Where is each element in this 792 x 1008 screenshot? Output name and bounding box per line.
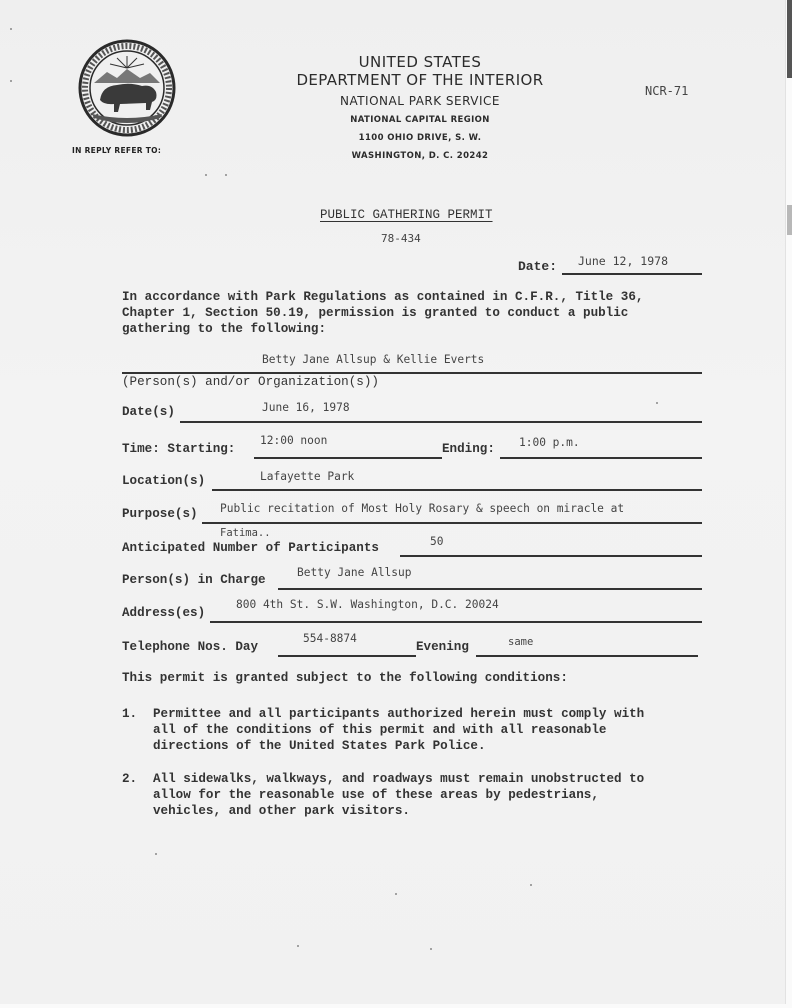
letterhead-line: DEPARTMENT OF THE INTERIOR [270, 71, 570, 90]
phone-evening-value: same [508, 636, 533, 648]
condition-number: 2. [122, 771, 137, 787]
purpose-value-line1: Public recitation of Most Holy Rosary & … [220, 502, 624, 515]
dates-line [180, 421, 702, 423]
scan-speck [656, 402, 658, 404]
persons-value: Betty Jane Allsup & Kellie Everts [262, 353, 484, 366]
time-starting-value: 12:00 noon [260, 434, 327, 447]
phone-day-line [278, 655, 416, 657]
time-ending-label: Ending: [442, 442, 495, 456]
form-code: NCR-71 [645, 84, 688, 98]
letterhead-line: 1100 OHIO DRIVE, S. W. [270, 129, 570, 147]
scan-speck [205, 174, 207, 176]
letterhead: UNITED STATES DEPARTMENT OF THE INTERIOR… [270, 53, 570, 165]
participants-line [400, 555, 702, 557]
phone-day-label: Telephone Nos. Day [122, 640, 258, 654]
scan-speck [530, 884, 532, 886]
purpose-value-line2: Fatima.. [220, 527, 271, 539]
permit-number: 78-434 [381, 232, 421, 245]
scan-speck [10, 28, 12, 30]
scan-edge-mark [787, 205, 792, 235]
letterhead-line: UNITED STATES [270, 53, 570, 71]
letterhead-line: WASHINGTON, D. C. 20242 [270, 147, 570, 165]
in-charge-label: Person(s) in Charge [122, 573, 266, 587]
dates-label: Date(s) [122, 405, 175, 419]
conditions-intro: This permit is granted subject to the fo… [122, 671, 568, 685]
location-label: Location(s) [122, 474, 205, 488]
address-value: 800 4th St. S.W. Washington, D.C. 20024 [236, 598, 499, 611]
scan-speck [155, 853, 157, 855]
scan-speck [10, 80, 12, 82]
condition-text: All sidewalks, walkways, and roadways mu… [153, 771, 644, 819]
dates-value: June 16, 1978 [262, 401, 350, 414]
purpose-label: Purpose(s) [122, 507, 198, 521]
time-starting-line [254, 457, 442, 459]
scan-right-edge [785, 0, 792, 1008]
time-ending-value: 1:00 p.m. [519, 436, 580, 449]
address-line [210, 621, 702, 623]
scan-speck [297, 945, 299, 947]
department-seal-icon [72, 38, 182, 138]
in-charge-line [278, 588, 702, 590]
address-label: Address(es) [122, 606, 205, 620]
phone-evening-line [476, 655, 698, 657]
location-value: Lafayette Park [260, 470, 354, 483]
scan-speck [430, 948, 432, 950]
scan-speck [395, 893, 397, 895]
issue-date-value: June 12, 1978 [578, 254, 668, 268]
purpose-line [202, 522, 702, 524]
time-ending-line [500, 457, 702, 459]
issue-date-label: Date: [518, 259, 557, 274]
reply-refer-label: IN REPLY REFER TO: [72, 146, 161, 155]
time-starting-label: Time: Starting: [122, 442, 235, 456]
condition-number: 1. [122, 706, 137, 722]
letterhead-line: NATIONAL PARK SERVICE [270, 91, 570, 111]
permit-document-page: IN REPLY REFER TO: UNITED STATES DEPARTM… [0, 0, 792, 1008]
participants-label: Anticipated Number of Participants [122, 541, 379, 555]
scan-speck [225, 174, 227, 176]
phone-evening-label: Evening [416, 640, 469, 654]
participants-value: 50 [430, 535, 443, 548]
intro-paragraph: In accordance with Park Regulations as c… [122, 289, 712, 337]
scan-bottom-edge [0, 1004, 792, 1008]
phone-day-value: 554-8874 [303, 632, 357, 645]
in-charge-value: Betty Jane Allsup [297, 566, 412, 579]
issue-date-line [562, 273, 702, 275]
permit-title: PUBLIC GATHERING PERMIT [320, 208, 493, 222]
location-line [212, 489, 702, 491]
persons-label: (Person(s) and/or Organization(s)) [122, 375, 379, 389]
condition-text: Permittee and all participants authorize… [153, 706, 644, 754]
letterhead-line: NATIONAL CAPITAL REGION [270, 111, 570, 129]
persons-line [122, 372, 702, 374]
scan-edge-mark [787, 0, 792, 78]
